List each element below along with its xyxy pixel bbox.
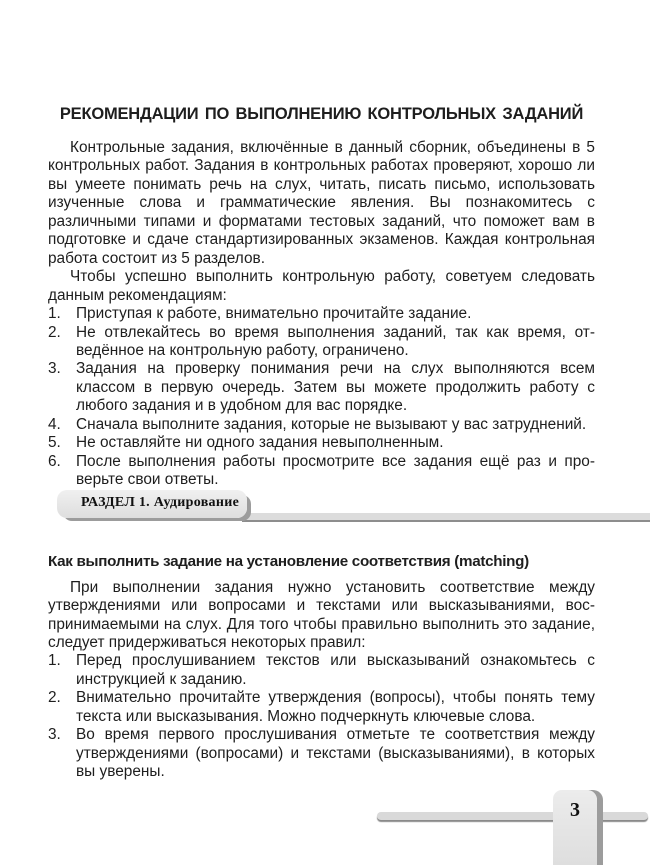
section-banner-row: РАЗДЕЛ 1. Аудирование (57, 490, 595, 518)
page-number-tab: 3 (553, 790, 597, 865)
page-content: РЕКОМЕНДАЦИИ ПО ВЫПОЛНЕНИЮ КОНТРОЛЬНЫХ З… (0, 0, 650, 782)
list-item: 3. Задания на проверку понимания речи на… (48, 360, 595, 415)
list-item-text: Внимательно прочитайте утверждения (вопр… (76, 689, 595, 724)
page-title: РЕКОМЕНДАЦИИ ПО ВЫПОЛНЕНИЮ КОНТРОЛЬНЫХ З… (48, 104, 595, 124)
list-item: 2. Внимательно прочитайте утверждения (в… (48, 689, 595, 726)
list-item-text: Не отвлекайтесь во время выполнения зада… (76, 324, 595, 359)
intro-paragraph-2: Чтобы успешно выполнить контрольную рабо… (48, 268, 595, 305)
list-item: 5. Не оставляйте ни одного задания невып… (48, 434, 595, 452)
list-item: 3. Во время первого прослушивания отметь… (48, 726, 595, 781)
list-item-number: 6. (48, 453, 61, 471)
subsection-heading: Как выполнить задание на установление со… (48, 552, 595, 571)
list-item-text: Приступая к работе, внимательно прочитай… (76, 305, 471, 322)
list-item-number: 3. (48, 360, 61, 378)
list-item-number: 3. (48, 726, 61, 744)
list-item-number: 5. (48, 434, 61, 452)
list-item-text: Во время первого прослушивания отметьте … (76, 726, 595, 780)
list-item-number: 2. (48, 324, 61, 342)
section-banner-label: РАЗДЕЛ 1. Аудирование (57, 490, 247, 511)
list-item: 6. После выполнения работы просмотрите в… (48, 453, 595, 490)
list-item: 1. Приступая к работе, внимательно прочи… (48, 305, 595, 323)
matching-rules-list: 1. Перед прослушиванием текстов или выск… (48, 652, 595, 781)
page-number: 3 (553, 799, 597, 822)
list-item-text: Не оставляйте ни одного задания невыполн… (76, 434, 444, 451)
document-page: РЕКОМЕНДАЦИИ ПО ВЫПОЛНЕНИЮ КОНТРОЛЬНЫХ З… (0, 0, 650, 865)
list-item-text: Перед прослушиванием текстов или высказы… (76, 652, 595, 687)
matching-intro-paragraph: При выполнении задания нужно установить … (48, 579, 595, 653)
list-item: 1. Перед прослушиванием текстов или выск… (48, 652, 595, 689)
footer-divider-bar (377, 812, 648, 820)
list-item-number: 1. (48, 652, 61, 670)
list-item-text: После выполнения работы просмотрите все … (76, 453, 595, 488)
list-item: 2. Не отвлекайтесь во время выполнения з… (48, 324, 595, 361)
recommendations-list: 1. Приступая к работе, внимательно прочи… (48, 305, 595, 490)
list-item-number: 2. (48, 689, 61, 707)
list-item-text: Задания на проверку понимания речи на сл… (76, 360, 595, 414)
section-divider-bar (242, 513, 650, 520)
list-item-number: 1. (48, 305, 61, 323)
list-item-number: 4. (48, 416, 61, 434)
list-item: 4. Сначала выполните задания, которые не… (48, 416, 595, 434)
intro-paragraph-1: Контрольные задания, включённые в данный… (48, 139, 595, 268)
list-item-text: Сначала выполните задания, которые не вы… (76, 416, 586, 433)
section-banner: РАЗДЕЛ 1. Аудирование (57, 490, 247, 518)
